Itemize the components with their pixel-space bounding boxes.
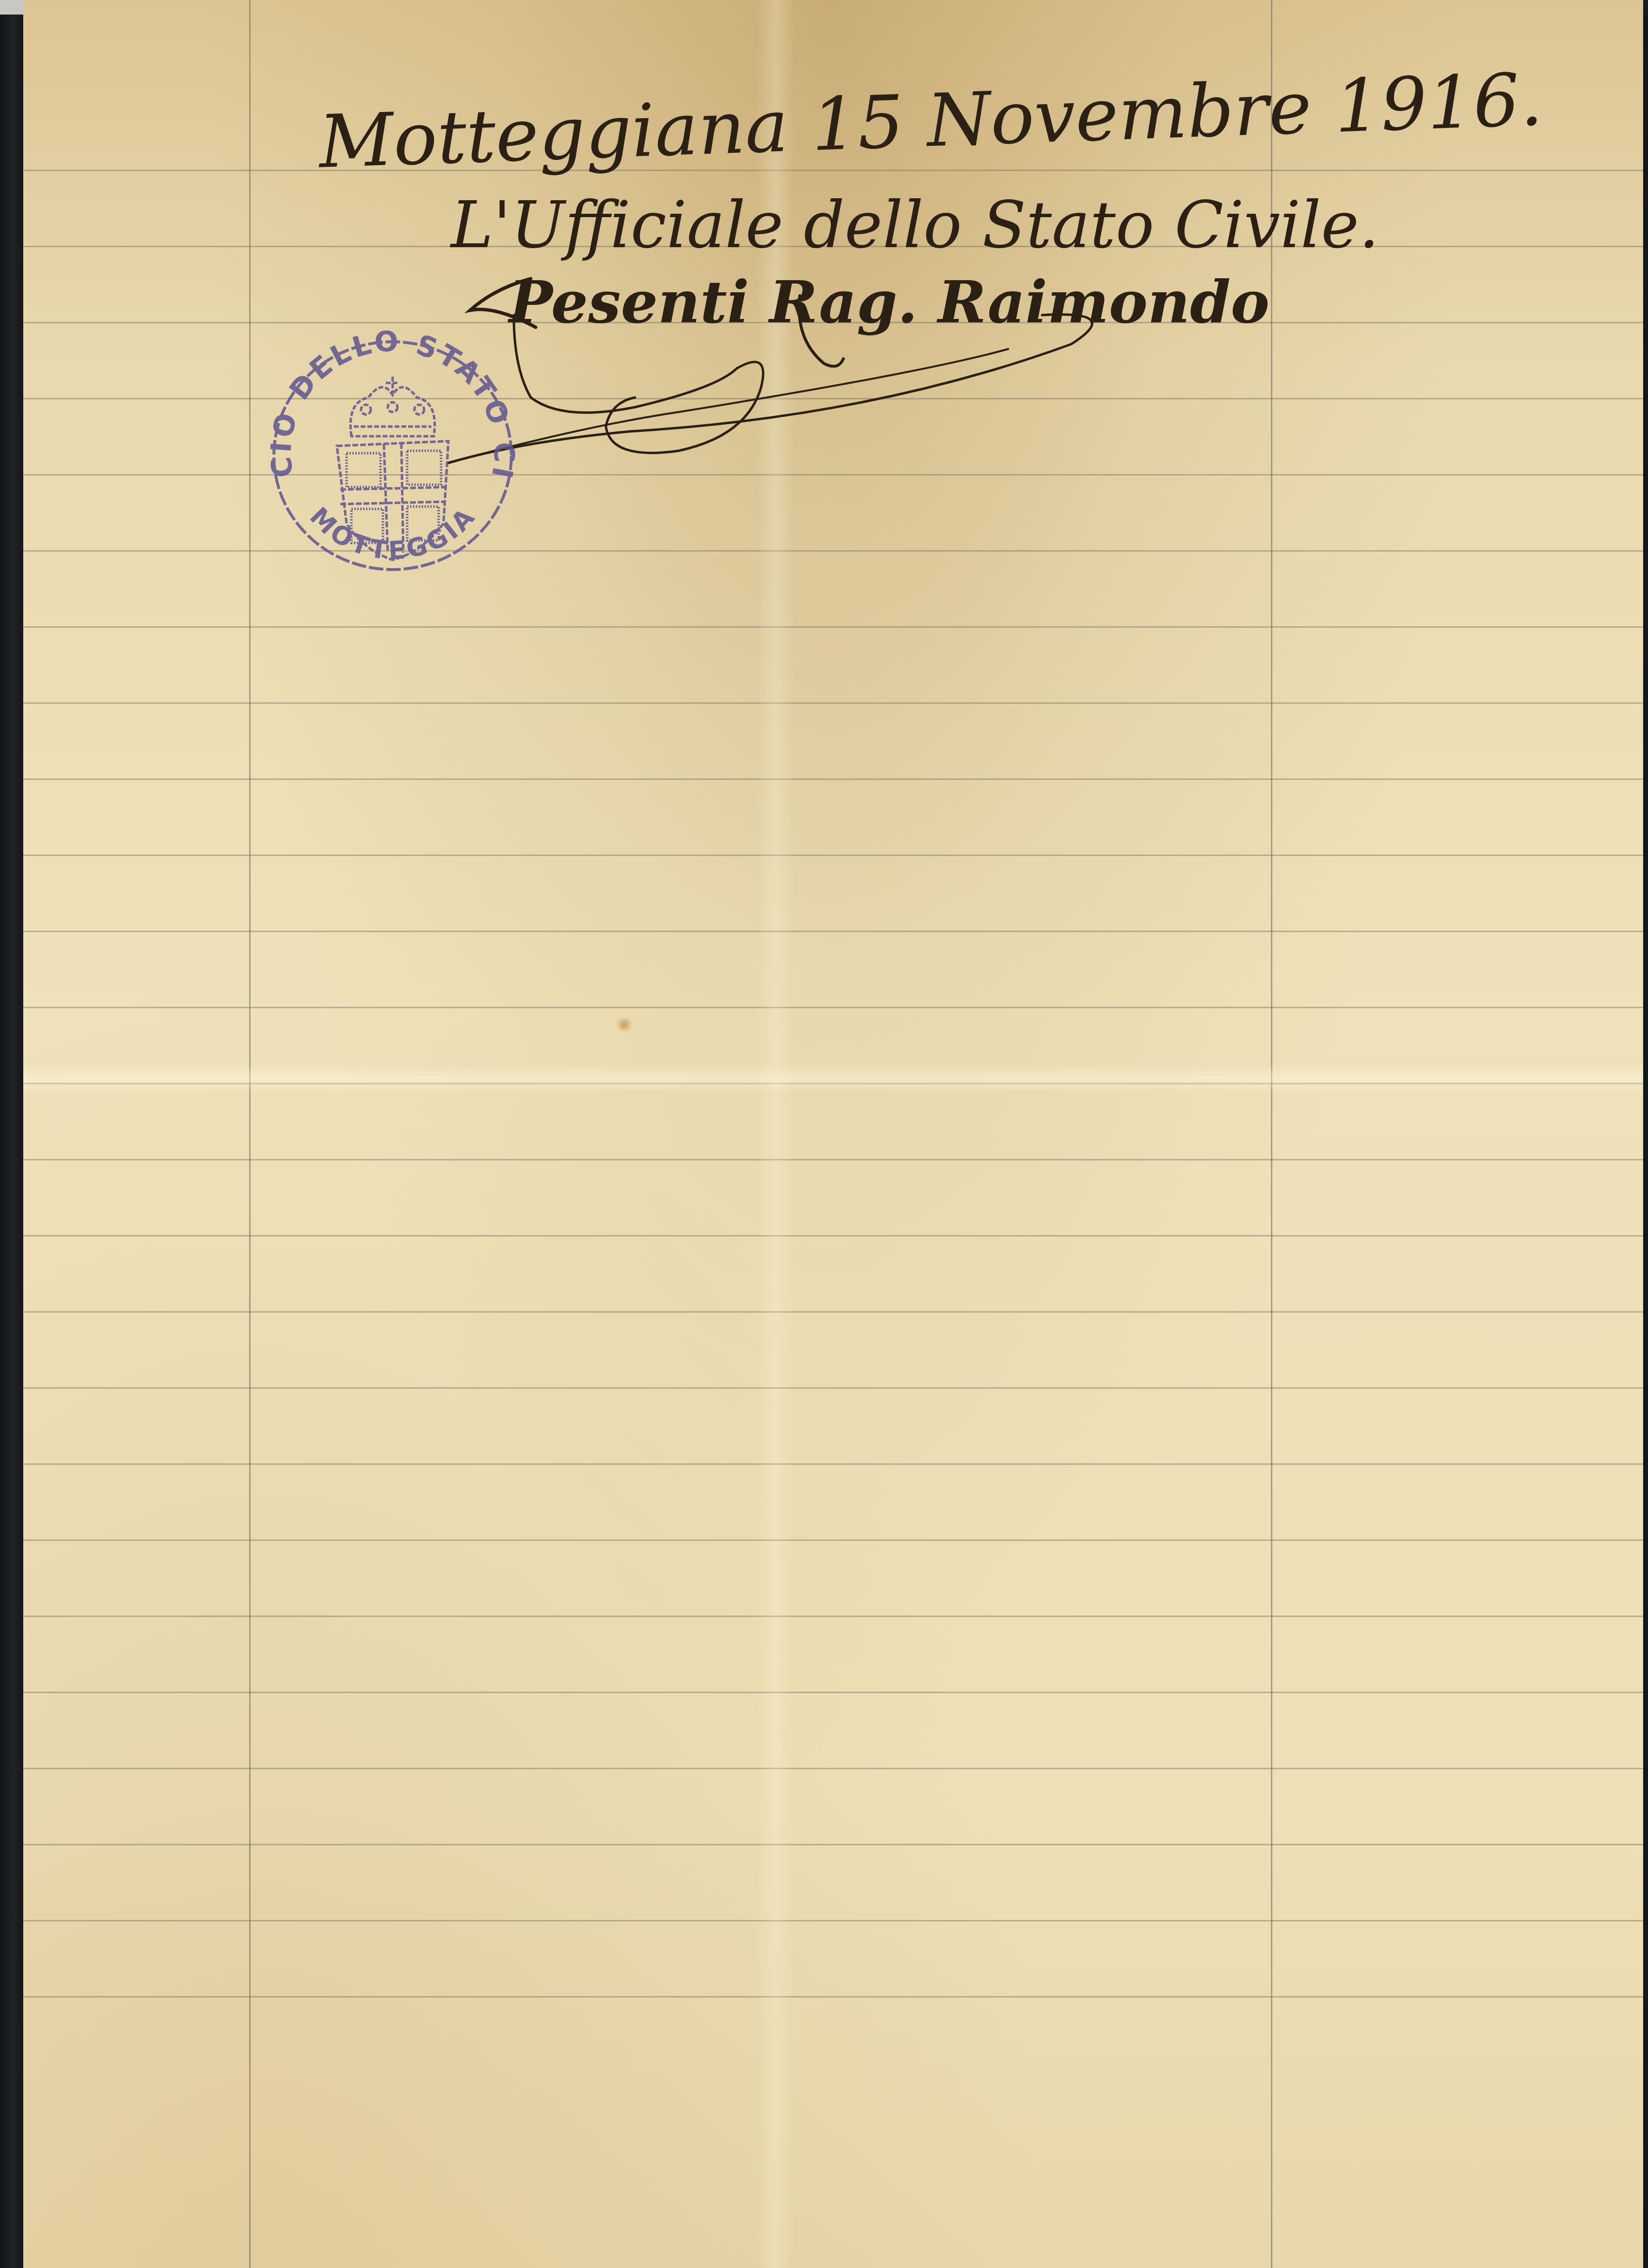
signature: Pesenti Rag. Raimondo: [507, 268, 1269, 336]
official-stamp: UFFICIO DELLO STATO CIVILE •DI MOTTEGGIA…: [264, 324, 521, 570]
handwriting-layer: Motteggiana 15 Novembre 1916. L'Ufficial…: [0, 0, 1648, 2268]
crown-icon: [350, 376, 435, 436]
stamp-top-text: UFFICIO DELLO STATO CIVILE: [264, 324, 521, 483]
officer-title-line: L'Ufficiale dello Stato Civile.: [450, 188, 1379, 263]
place-date-line: Motteggiana 15 Novembre 1916.: [316, 58, 1544, 185]
stamp-bottom-text: •DI MOTTEGGIANA•: [304, 433, 482, 566]
